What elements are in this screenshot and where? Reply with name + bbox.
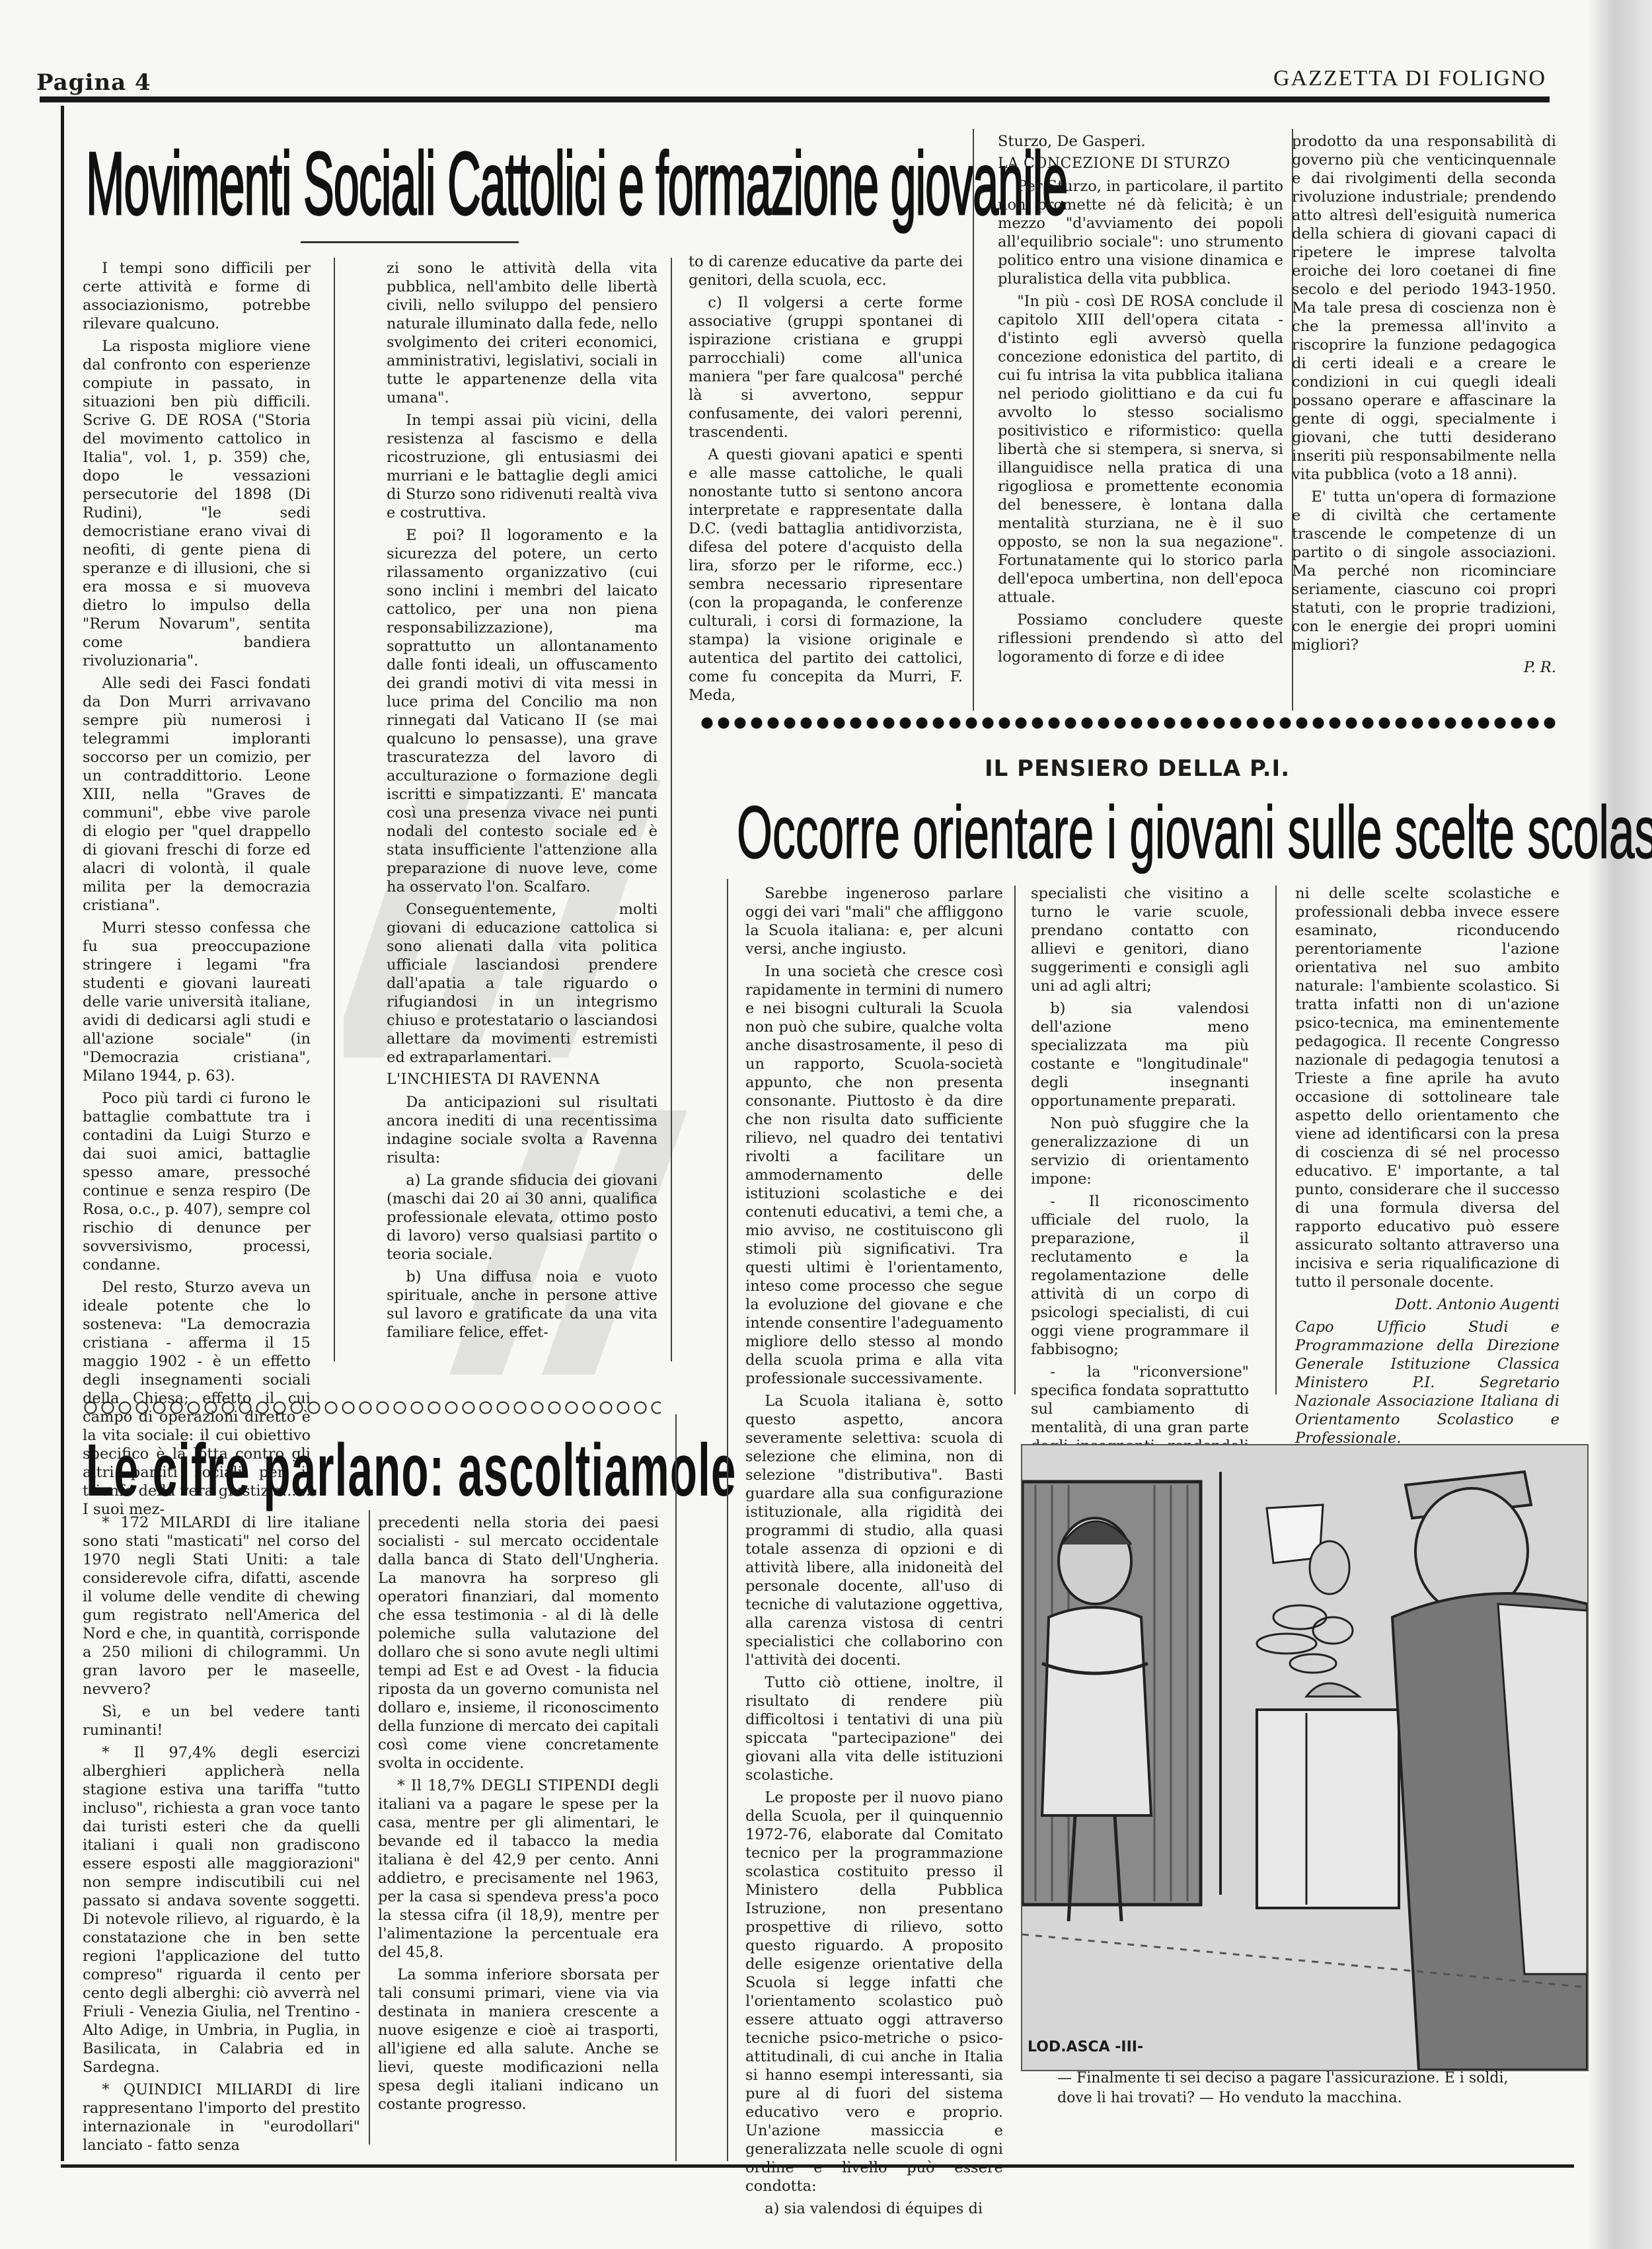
author-name: Dott. Antonio Augenti [1295, 1295, 1559, 1314]
paragraph: * Il 97,4% degli esercizi alberghieri ap… [83, 1743, 360, 2077]
column-divider [727, 879, 728, 2161]
paragraph: Poco più tardi ci furono le battaglie co… [83, 1089, 311, 1274]
paragraph: Per Sturzo, in particolare, il partito n… [998, 177, 1283, 288]
article3-column-2: precedenti nella storia dei paesi social… [378, 1513, 659, 2117]
author-title: Capo Ufficio Studi e Programmazione dell… [1295, 1318, 1559, 1447]
paragraph: specialisti che visitino a turno le vari… [1031, 884, 1249, 995]
paragraph: b) sia valendosi dell'azione meno specia… [1031, 999, 1249, 1110]
paragraph: Le proposte per il nuovo piano della Scu… [745, 1788, 1003, 2195]
paragraph: a) sia valendosi di équipes di [745, 2199, 1003, 2218]
article1-column-5: prodotto da una responsabilità di govern… [1292, 132, 1556, 681]
paragraph: c) Il volgersi a certe forme associative… [689, 293, 963, 441]
paragraph: Sarebbe ingeneroso parlare oggi dei vari… [745, 884, 1003, 958]
article1-signature: P. R. [1292, 658, 1556, 677]
paragraph: E' tutta un'opera di formazione e di civ… [1292, 488, 1556, 654]
page-number: Pagina 4 [36, 69, 151, 96]
headline-underline [301, 241, 519, 243]
subheading-sturzo: LA CONCEZIONE DI STURZO [998, 155, 1283, 173]
paragraph: La Scuola italiana è, sotto questo aspet… [745, 1392, 1003, 1669]
article2-column-1: Sarebbe ingeneroso parlare oggi dei vari… [745, 884, 1003, 2222]
article1-column-4: Sturzo, De Gasperi. LA CONCEZIONE DI STU… [998, 132, 1283, 670]
paragraph: A questi giovani apatici e spenti e alle… [689, 445, 963, 705]
paragraph: In una società che cresce così rapidamen… [745, 962, 1003, 1388]
subheading-ravenna: L'INCHIESTA DI RAVENNA [387, 1071, 657, 1089]
paragraph: "In più - così DE ROSA conclude il capit… [998, 292, 1283, 607]
cartoon-illustration [1021, 1444, 1589, 2071]
article1-headline: Movimenti Sociali Cattolici e formazione… [86, 132, 1067, 235]
paragraph: a) La grande sfiducia dei giovani (masch… [387, 1171, 657, 1264]
paragraph: b) Una diffusa noia e vuoto spirituale, … [387, 1268, 657, 1342]
article3-column-1: * 172 MILARDI di lire italiane sono stat… [83, 1513, 360, 2158]
article2-kicker: IL PENSIERO DELLA P.I. [985, 755, 1290, 782]
article1-column-1: I tempi sono difficili per certe attivit… [83, 259, 311, 1523]
paragraph: Sturzo, De Gasperi. [998, 132, 1283, 151]
left-border-rule [61, 106, 64, 2161]
article1-column-3: to di carenze educative da parte dei gen… [689, 252, 963, 708]
beaded-separator [700, 717, 1556, 729]
article2-headline: Occorre orientare i giovani sulle scelte… [737, 790, 1652, 875]
column-divider [675, 1414, 677, 2161]
paragraph: * 172 MILARDI di lire italiane sono stat… [83, 1513, 360, 1698]
column-divider [369, 1510, 370, 2145]
article2-column-3: ni delle scelte scolastiche e profession… [1295, 884, 1559, 1451]
cartoon-caption: — Finalmente ti sei deciso a pagare l'as… [1057, 2069, 1579, 2108]
paragraph: E poi? Il logoramento e la sicurezza del… [387, 526, 657, 896]
paragraph: La risposta migliore viene dal confronto… [83, 337, 311, 670]
article1-column-2: zi sono le attività della vita pubblica,… [387, 259, 657, 1346]
column-divider [973, 129, 974, 710]
header-rule [40, 96, 1550, 102]
caption-line-1: — Finalmente ti sei deciso a pagare l'as… [1057, 2069, 1579, 2088]
caption-line-2: dove li hai trovati? — Ho venduto la mac… [1057, 2088, 1579, 2108]
paragraph: Conseguentemente, molti giovani di educa… [387, 900, 657, 1067]
paragraph: prodotto da una responsabilità di govern… [1292, 132, 1556, 484]
paragraph: Non può sfuggire che la generalizzazione… [1031, 1114, 1249, 1188]
paragraph: - Il riconoscimento ufficiale del ruolo,… [1031, 1192, 1249, 1359]
paragraph: * Il 18,7% DEGLI STIPENDI degli italiani… [378, 1776, 659, 1962]
paragraph: La somma inferiore sborsata per tali con… [378, 1965, 659, 2114]
paragraph: ni delle scelte scolastiche e profession… [1295, 884, 1559, 1291]
article3-headline: Le cifre parlano: ascoltiamole [86, 1428, 737, 1513]
paragraph: Murri stesso confessa che fu sua preoccu… [83, 919, 311, 1085]
page-edge-shadow [1589, 0, 1652, 2249]
column-divider [1275, 886, 1277, 1394]
paragraph: zi sono le attività della vita pubblica,… [387, 259, 657, 407]
paragraph: * QUINDICI MILIARDI di lire rappresentan… [83, 2080, 360, 2154]
ring-separator [83, 1401, 661, 1414]
paragraph: Possiamo concludere queste riflessioni p… [998, 611, 1283, 666]
column-divider [671, 258, 672, 1361]
column-divider [334, 258, 335, 1361]
paragraph: to di carenze educative da parte dei gen… [689, 252, 963, 289]
paragraph: Sì, e un bel vedere tanti ruminanti! [83, 1702, 360, 1739]
paragraph: Alle sedi dei Fasci fondati da Don Murri… [83, 674, 311, 915]
newspaper-masthead: GAZZETTA DI FOLIGNO [1273, 66, 1546, 91]
paragraph: precedenti nella storia dei paesi social… [378, 1513, 659, 1773]
column-divider [1014, 886, 1016, 1394]
paragraph: Tutto ciò ottiene, inoltre, il risultato… [745, 1673, 1003, 1784]
paragraph: In tempi assai più vicini, della resiste… [387, 411, 657, 522]
paragraph: I tempi sono difficili per certe attivit… [83, 259, 311, 333]
paragraph: Da anticipazioni sul risultati ancora in… [387, 1093, 657, 1167]
cartoon-drawing-icon [1022, 1445, 1587, 2070]
cartoonist-signature: LOD.ASCA -III- [1028, 2039, 1143, 2055]
